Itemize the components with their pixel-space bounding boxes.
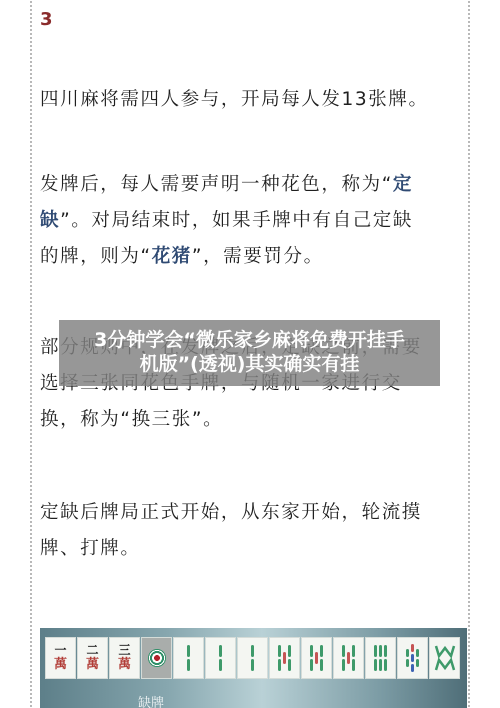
text-line: 缺”。对局结束时，如果手牌中有自己定缺 [40, 203, 470, 239]
tile-3-wan: 三萬 [109, 637, 140, 679]
tile-suit: 萬 [54, 657, 67, 673]
banner-line: 3分钟学会“微乐家乡麻将免费开挂手 [59, 328, 440, 352]
tile-2-bamboo [205, 637, 236, 679]
highlight-term: 缺 [40, 210, 60, 231]
bamboo-icon [251, 645, 254, 671]
bamboo-8-icon [434, 643, 456, 673]
text-segment: 的牌，则为“ [40, 246, 152, 267]
tile-number: 二 [86, 644, 98, 657]
left-dotted-border [30, 0, 32, 708]
tile-7-bamboo [397, 637, 428, 679]
text-line: 换，称为“换三张”。 [40, 402, 470, 438]
text-line: 定缺后牌局正式开始，从东家开始，轮流摸 [40, 495, 470, 531]
bamboo-icon [187, 645, 190, 671]
paragraph-dingque: 发牌后，每人需要声明一种花色，称为“定 缺”。对局结束时，如果手牌中有自己定缺 … [40, 167, 470, 275]
text-segment: ”。对局结束时，如果手牌中有自己定缺 [60, 210, 413, 231]
text-segment: ”，需要罚分。 [192, 246, 324, 267]
paragraph-players: 四川麻将需四人参与，开局每人发13张牌。 [40, 82, 470, 118]
bamboo-icon [278, 645, 291, 671]
tile-2-bamboo [237, 637, 268, 679]
tile-2-bamboo [173, 637, 204, 679]
text-line: 的牌，则为“花猪”，需要罚分。 [40, 239, 470, 275]
bamboo-icon [374, 645, 387, 671]
banner-line: 机版”(透视)其实确实有挂 [59, 352, 440, 376]
tile-5-bamboo [301, 637, 332, 679]
tile-suit: 萬 [118, 657, 131, 673]
tile-row: 一萬 二萬 三萬 [45, 637, 460, 679]
highlight-term: 花猪 [152, 246, 192, 267]
paragraph-start: 定缺后牌局正式开始，从东家开始，轮流摸 牌、打牌。 [40, 495, 470, 567]
tile-6-bamboo [365, 637, 396, 679]
bamboo-icon [219, 645, 222, 671]
highlight-term: 定 [393, 174, 413, 195]
text-line: 牌、打牌。 [40, 531, 470, 567]
overlay-title-banner: 3分钟学会“微乐家乡麻将免费开挂手 机版”(透视)其实确实有挂 [59, 320, 440, 386]
text-line: 发牌后，每人需要声明一种花色，称为“定 [40, 167, 470, 203]
bamboo-icon [310, 645, 323, 671]
missing-tile-caption: 缺牌 [138, 692, 164, 708]
tile-number: 一 [54, 644, 66, 657]
tile-1-wan: 一萬 [45, 637, 76, 679]
tile-number: 三 [118, 644, 130, 657]
tile-1-dot-missing [141, 637, 172, 679]
step-number: 3 [40, 9, 53, 30]
tile-2-wan: 二萬 [77, 637, 108, 679]
tile-5-bamboo [333, 637, 364, 679]
bamboo-icon [342, 645, 355, 671]
tile-suit: 萬 [86, 657, 99, 673]
text-segment: 发牌后，每人需要声明一种花色，称为“ [40, 174, 393, 195]
dot-circle-icon [148, 649, 166, 667]
text-line: 四川麻将需四人参与，开局每人发13张牌。 [40, 82, 470, 118]
bamboo-icon [406, 644, 419, 672]
tile-8-bamboo [429, 637, 460, 679]
tile-5-bamboo [269, 637, 300, 679]
mahjong-tiles-image: 一萬 二萬 三萬 缺牌 [40, 628, 467, 708]
